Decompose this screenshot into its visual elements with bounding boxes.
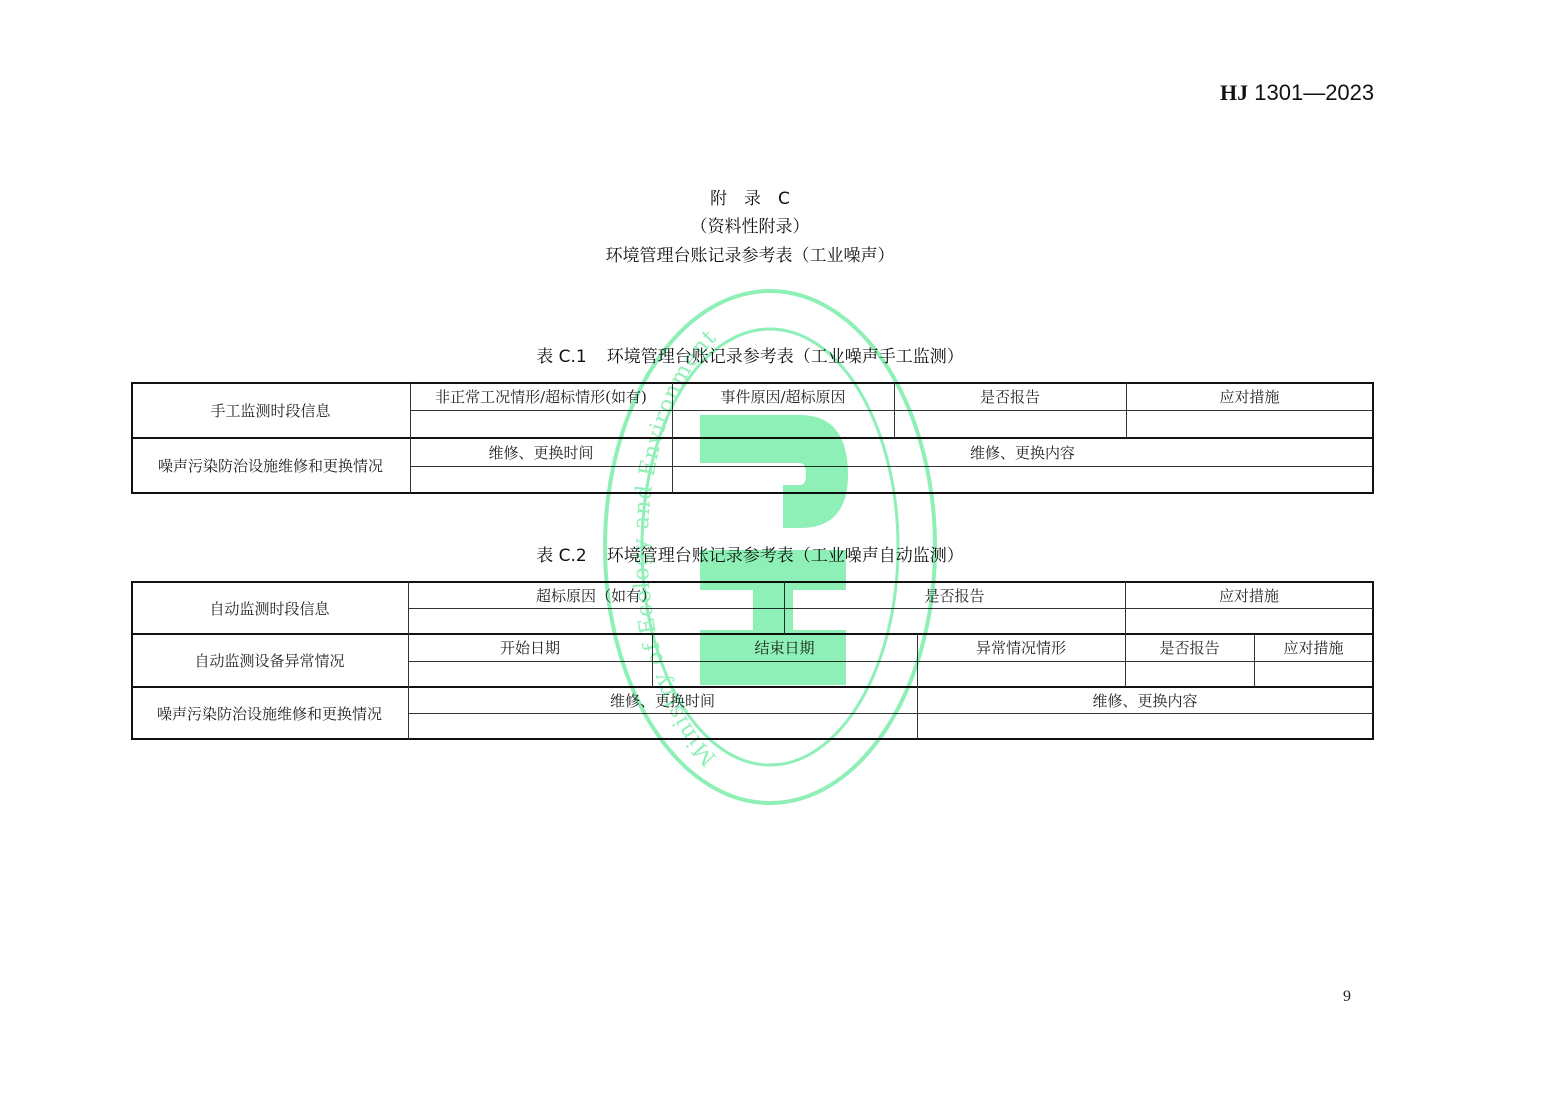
table-c1-data-cell[interactable] bbox=[894, 411, 1126, 438]
table-c2-data-cell[interactable] bbox=[917, 662, 1125, 687]
table-c2-column-header: 结束日期 bbox=[652, 634, 917, 661]
table-c1-row-label: 手工监测时段信息 bbox=[131, 383, 410, 438]
table-c2-caption-number: 表 C.2 bbox=[536, 546, 587, 566]
standard-code: HJ 1301—2023 bbox=[1220, 80, 1374, 106]
table-c2-caption: 表 C.2环境管理台账记录参考表（工业噪声自动监测） bbox=[0, 541, 1500, 566]
table-c2-data-cell[interactable] bbox=[1125, 662, 1254, 687]
table-c2-column-header: 开始日期 bbox=[408, 634, 652, 661]
table-c2-caption-title: 环境管理台账记录参考表（工业噪声自动监测） bbox=[607, 546, 964, 566]
table-c2-row-label: 自动监测时段信息 bbox=[131, 582, 408, 634]
table-c2-data-cell[interactable] bbox=[1254, 662, 1373, 687]
table-c1-caption: 表 C.1环境管理台账记录参考表（工业噪声手工监测） bbox=[0, 342, 1500, 367]
standard-code-number: 1301—2023 bbox=[1254, 80, 1374, 105]
table-c2-data-cell[interactable] bbox=[652, 662, 917, 687]
table-c2-column-header: 维修、更换内容 bbox=[917, 687, 1373, 713]
table-c1-data-cell[interactable] bbox=[672, 411, 894, 438]
table-c1-data-cell[interactable] bbox=[672, 467, 1373, 493]
table-c2-column-header: 应对措施 bbox=[1125, 582, 1373, 608]
table-c2-data-cell[interactable] bbox=[408, 609, 784, 634]
table-c2-column-header: 是否报告 bbox=[1125, 634, 1254, 661]
table-c2-row-label: 自动监测设备异常情况 bbox=[131, 634, 408, 687]
table-c2-data-cell[interactable] bbox=[917, 714, 1373, 739]
table-c2-row-label: 噪声污染防治设施维修和更换情况 bbox=[131, 687, 408, 739]
table-c2-data-cell[interactable] bbox=[408, 662, 652, 687]
table-c1-column-header: 非正常工况情形/超标情形(如有) bbox=[410, 383, 672, 410]
table-c2-column-header: 异常情况情形 bbox=[917, 634, 1125, 661]
table-c2-data-cell[interactable] bbox=[1125, 609, 1373, 634]
standard-code-prefix: HJ bbox=[1220, 80, 1248, 105]
table-c1-data-cell[interactable] bbox=[410, 411, 672, 438]
table-c2-data-cell[interactable] bbox=[408, 714, 917, 739]
table-c2-column-header: 应对措施 bbox=[1254, 634, 1373, 661]
table-c1-column-header: 应对措施 bbox=[1126, 383, 1373, 410]
table-c2-column-header: 是否报告 bbox=[784, 582, 1125, 608]
table-c1-row-label: 噪声污染防治设施维修和更换情况 bbox=[131, 438, 410, 493]
table-c1-data-cell[interactable] bbox=[410, 467, 672, 493]
table-c2-column-header: 维修、更换时间 bbox=[408, 687, 917, 713]
table-c1-column-header: 是否报告 bbox=[894, 383, 1126, 410]
table-c1-column-header: 维修、更换时间 bbox=[410, 438, 672, 466]
appendix-subtitle: （资料性附录） bbox=[0, 212, 1500, 237]
page-number: 9 bbox=[1343, 988, 1351, 1006]
table-c2-data-cell[interactable] bbox=[784, 609, 1125, 634]
table-c1-caption-title: 环境管理台账记录参考表（工业噪声手工监测） bbox=[607, 347, 964, 367]
appendix-main-title: 环境管理台账记录参考表（工业噪声） bbox=[0, 241, 1500, 266]
table-c1-caption-number: 表 C.1 bbox=[536, 347, 587, 367]
table-c2-column-header: 超标原因（如有） bbox=[408, 582, 784, 608]
table-c1-column-header: 维修、更换内容 bbox=[672, 438, 1373, 466]
appendix-title: 附 录 C bbox=[0, 184, 1500, 209]
table-c1-data-cell[interactable] bbox=[1126, 411, 1373, 438]
table-c1-column-header: 事件原因/超标原因 bbox=[672, 383, 894, 410]
